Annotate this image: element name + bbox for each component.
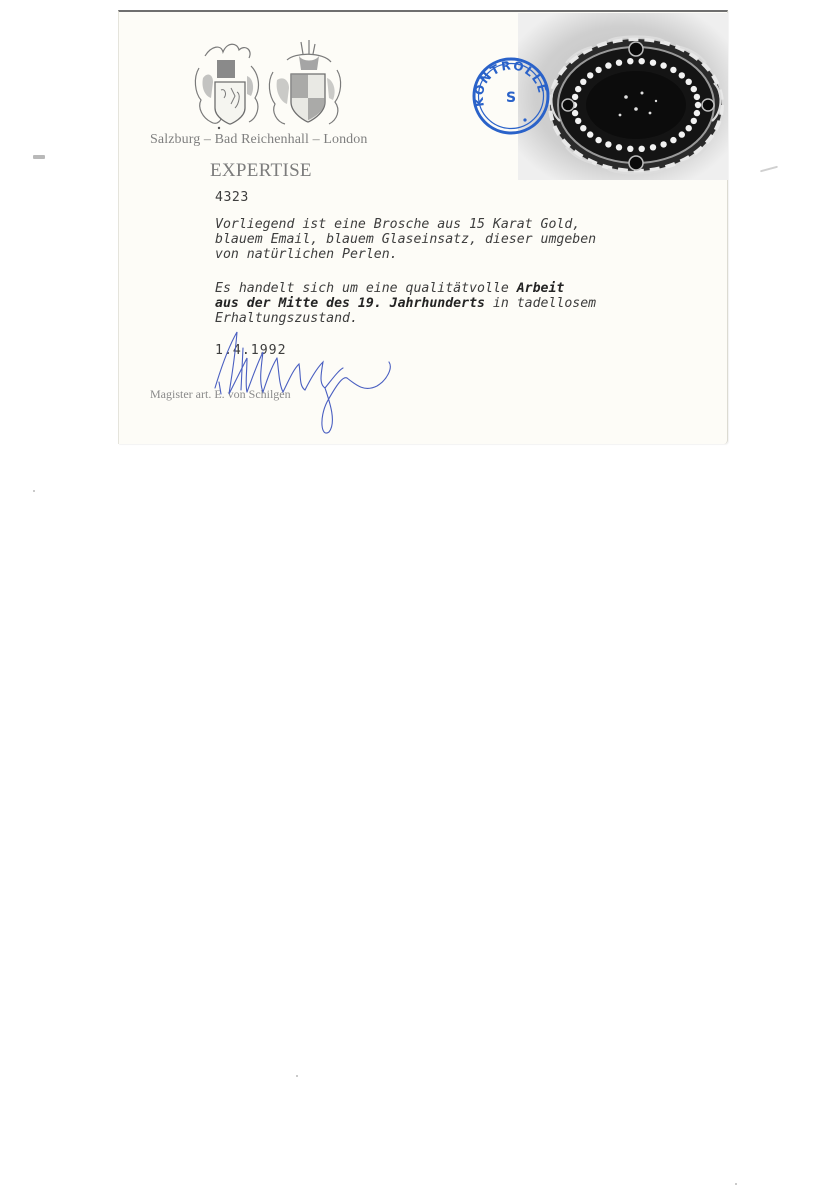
reference-number: 4323: [215, 190, 249, 205]
coat-of-arms-icon: [191, 38, 343, 130]
assessment-paragraph: Es handelt sich um eine qualitätvolle Ar…: [215, 281, 596, 327]
assessment-emphasis: Arbeit: [517, 281, 565, 296]
assessment-emphasis: aus der Mitte des 19. Jahrhunderts: [215, 296, 485, 311]
svg-text:S: S: [506, 90, 516, 106]
assessment-text: Erhaltungszustand.: [215, 311, 358, 326]
description-line: von natürlichen Perlen.: [215, 247, 398, 262]
description-paragraph: Vorliegend ist eine Brosche aus 15 Karat…: [215, 217, 596, 263]
expertise-certificate-card: Salzburg – Bad Reichenhall – London EXPE…: [118, 10, 728, 444]
description-line: blauem Email, blauem Glaseinsatz, dieser…: [215, 232, 596, 247]
scan-speck: [735, 1183, 737, 1185]
scan-speck: [33, 490, 35, 492]
document-title: EXPERTISE: [210, 160, 312, 182]
scan-speck: [33, 155, 45, 159]
handwritten-signature: [207, 328, 397, 440]
scan-speck: [296, 1075, 298, 1077]
kontrolle-stamp: KONTROLLE S: [471, 56, 551, 136]
assessment-text: in tadellosem: [485, 296, 596, 311]
assessment-text: Es handelt sich um eine qualitätvolle: [215, 281, 517, 296]
description-line: Vorliegend ist eine Brosche aus 15 Karat…: [215, 217, 580, 232]
letterhead-locations: Salzburg – Bad Reichenhall – London: [150, 132, 367, 148]
scan-speck: [760, 166, 778, 173]
